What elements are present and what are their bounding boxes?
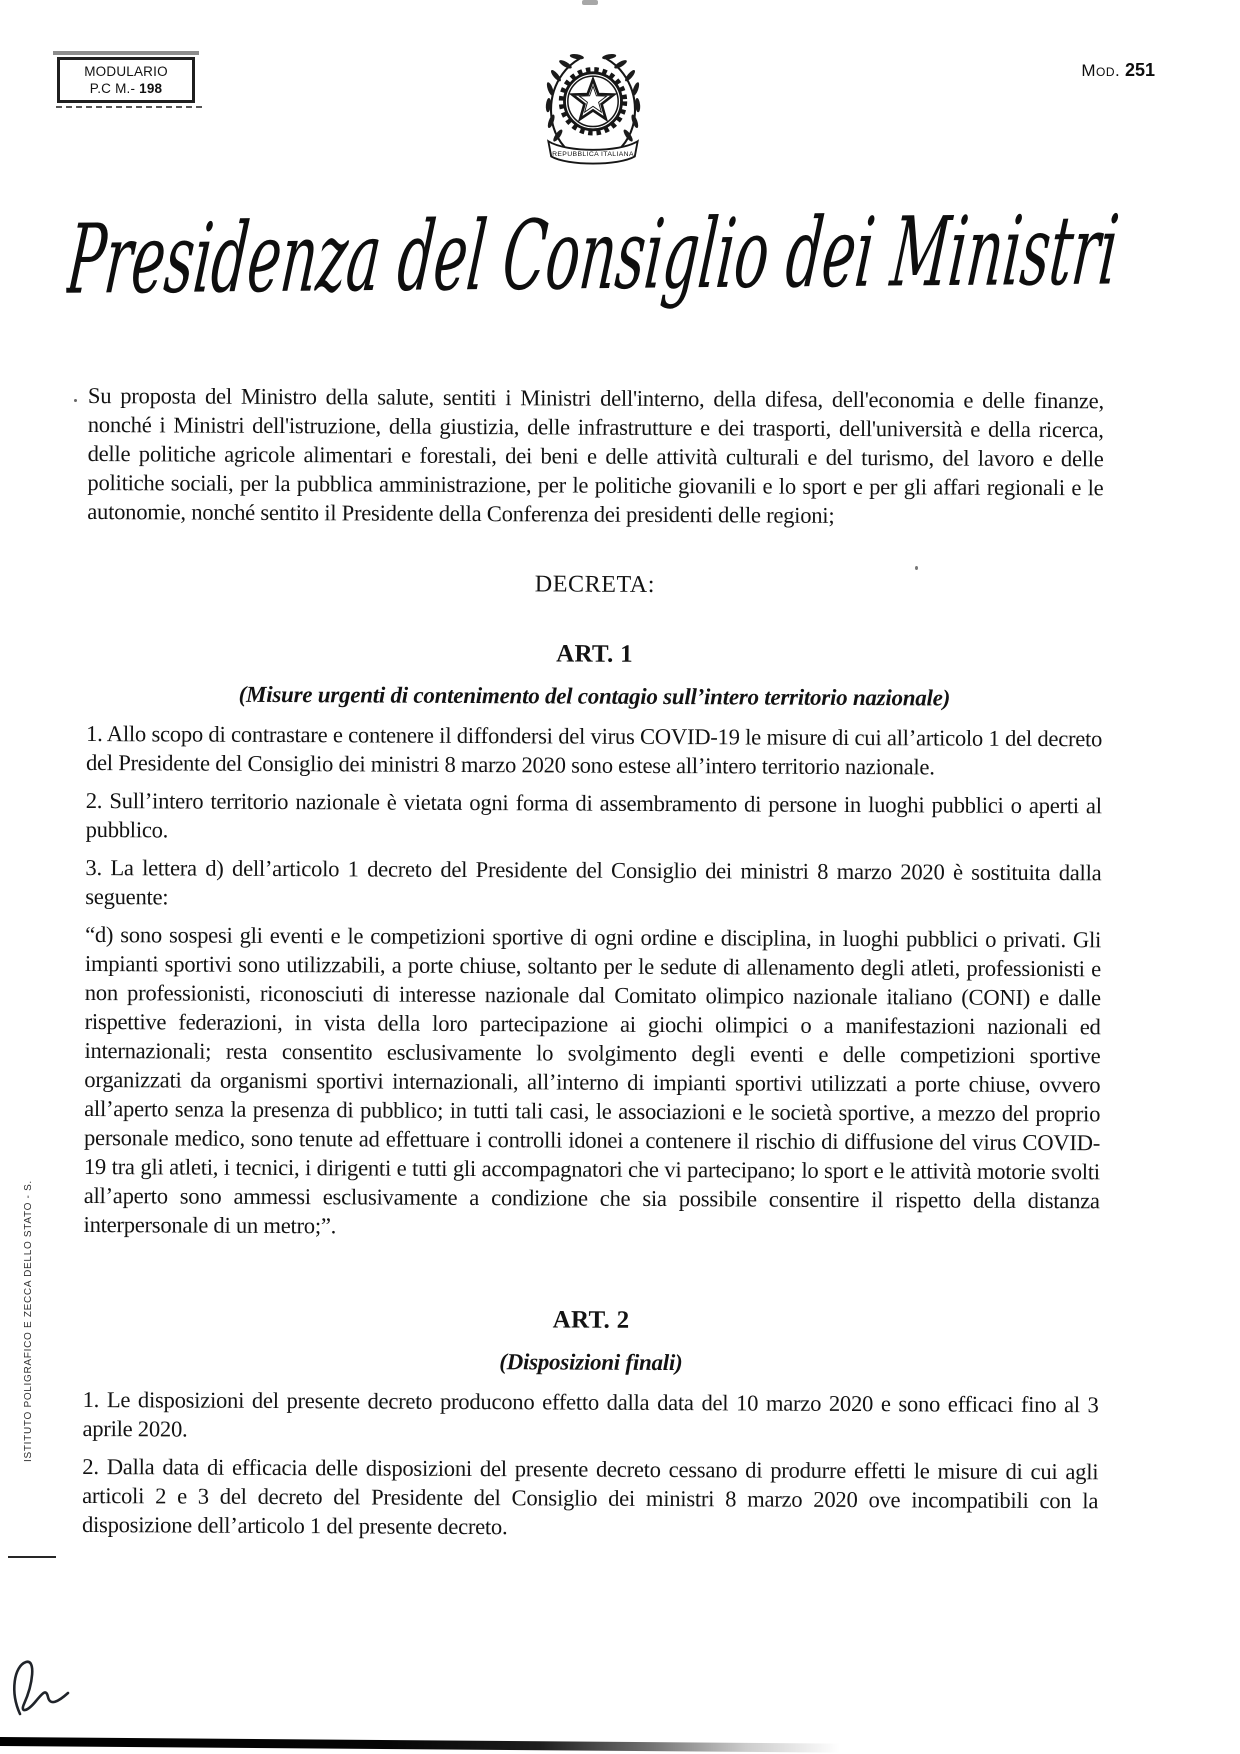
article-1-paragraph-2: 2. Sull’intero territorio nazionale è vi… — [86, 786, 1102, 849]
margin-dash-mark — [8, 1556, 56, 1558]
article-2-paragraph-1: 1. Le disposizioni del presente decreto … — [82, 1385, 1098, 1448]
article-1-subtitle: (Misure urgenti di contenimento del cont… — [86, 679, 1102, 713]
mod-number: 251 — [1125, 60, 1155, 80]
mod-prefix: Mod. — [1081, 61, 1120, 80]
article-1-heading: ART. 1 — [87, 637, 1103, 671]
italian-republic-emblem-icon: REPUBBLICA ITALIANA — [536, 44, 650, 172]
printer-margin-note: ISTITUTO POLIGRAFICO E ZECCA DELLO STATO… — [23, 1226, 34, 1462]
decree-document-page: MODULARIO P.C M.- 198 Mod. 251 — [0, 0, 1240, 1754]
banner-text: REPUBBLICA ITALIANA — [552, 151, 634, 158]
modulario-line2: P.C M.- 198 — [60, 81, 192, 98]
article-1-paragraph-3: 3. La lettera d) dell’articolo 1 decreto… — [85, 853, 1101, 916]
modulario-line1: MODULARIO — [60, 64, 192, 81]
handwritten-initial-mark — [6, 1652, 90, 1732]
document-body: Su proposta del Ministro della salute, s… — [82, 381, 1104, 1553]
preamble-paragraph: Su proposta del Ministro della salute, s… — [87, 381, 1104, 531]
article-1-paragraph-1: 1. Allo scopo di contrastare e contenere… — [86, 719, 1102, 782]
article-2-subtitle: (Disposizioni finali) — [83, 1345, 1099, 1379]
article-1-paragraph-d: “d) sono sospesi gli eventi e le competi… — [84, 920, 1102, 1244]
modulario-number: 198 — [139, 81, 162, 96]
article-2-heading: ART. 2 — [83, 1303, 1099, 1337]
script-title-text: Presidenza del Consiglio dei Ministri — [65, 195, 1123, 316]
scan-artifact-mid — [915, 566, 918, 570]
scan-artifact-left — [74, 399, 77, 402]
modulario-box: MODULARIO P.C M.- 198 — [57, 57, 195, 103]
bottom-scan-line — [0, 1737, 934, 1753]
article-2-paragraph-2: 2. Dalla data di efficacia delle disposi… — [82, 1452, 1098, 1544]
letterhead-script-title: Presidenza del Consiglio dei Ministri — [65, 171, 1141, 340]
decreta-heading: DECRETA: — [87, 568, 1103, 602]
scan-artifact-top — [582, 0, 598, 5]
mod-number-label: Mod. 251 — [1081, 60, 1155, 81]
